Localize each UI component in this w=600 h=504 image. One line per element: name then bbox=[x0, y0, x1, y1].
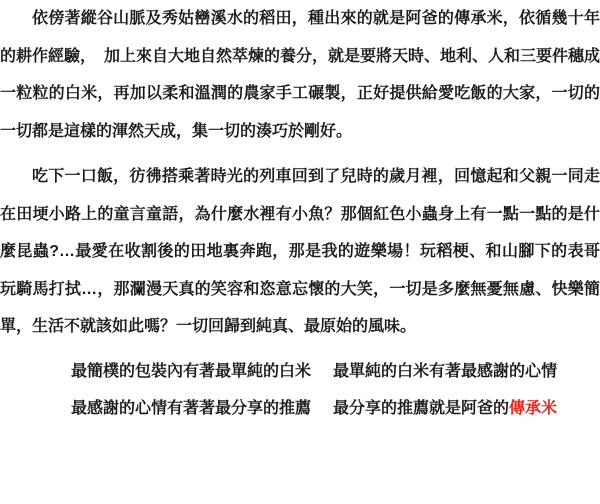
brand-name-highlight: 傳承米 bbox=[509, 400, 557, 417]
quote-left-2: 最感謝的心情有著著最分享的推薦 bbox=[71, 390, 311, 428]
rice-story-document: 依傍著縱谷山脈及秀姑巒溪水的稻田，種出來的就是阿爸的傳承米，依循幾十年的耕作經驗… bbox=[0, 0, 600, 504]
quote-row-2: 最感謝的心情有著著最分享的推薦 最分享的推薦就是阿爸的傳承米 bbox=[0, 390, 600, 428]
paragraph-childhood-memory: 吃下一口飯，彷彿搭乘著時光的列車回到了兒時的歲月裡，回憶起和父親一同走在田埂小路… bbox=[0, 158, 600, 346]
quote-right-2: 最分享的推薦就是阿爸的傳承米 bbox=[333, 390, 557, 428]
quote-row-1: 最簡樸的包裝內有著最單純的白米 最單純的白米有著最感謝的心情 bbox=[0, 353, 600, 391]
quote-right-2-prefix: 最分享的推薦就是阿爸的 bbox=[333, 400, 509, 417]
paragraph-rice-origin: 依傍著縱谷山脈及秀姑巒溪水的稻田，種出來的就是阿爸的傳承米，依循幾十年的耕作經驗… bbox=[0, 0, 600, 150]
document-page: { "document": { "language": "zh-TW", "pa… bbox=[0, 0, 600, 504]
quote-left-1: 最簡樸的包裝內有著最單純的白米 bbox=[71, 353, 311, 391]
quote-right-1: 最單純的白米有著最感謝的心情 bbox=[333, 353, 557, 391]
closing-quotes: 最簡樸的包裝內有著最單純的白米 最單純的白米有著最感謝的心情 最感謝的心情有著著… bbox=[0, 353, 600, 428]
